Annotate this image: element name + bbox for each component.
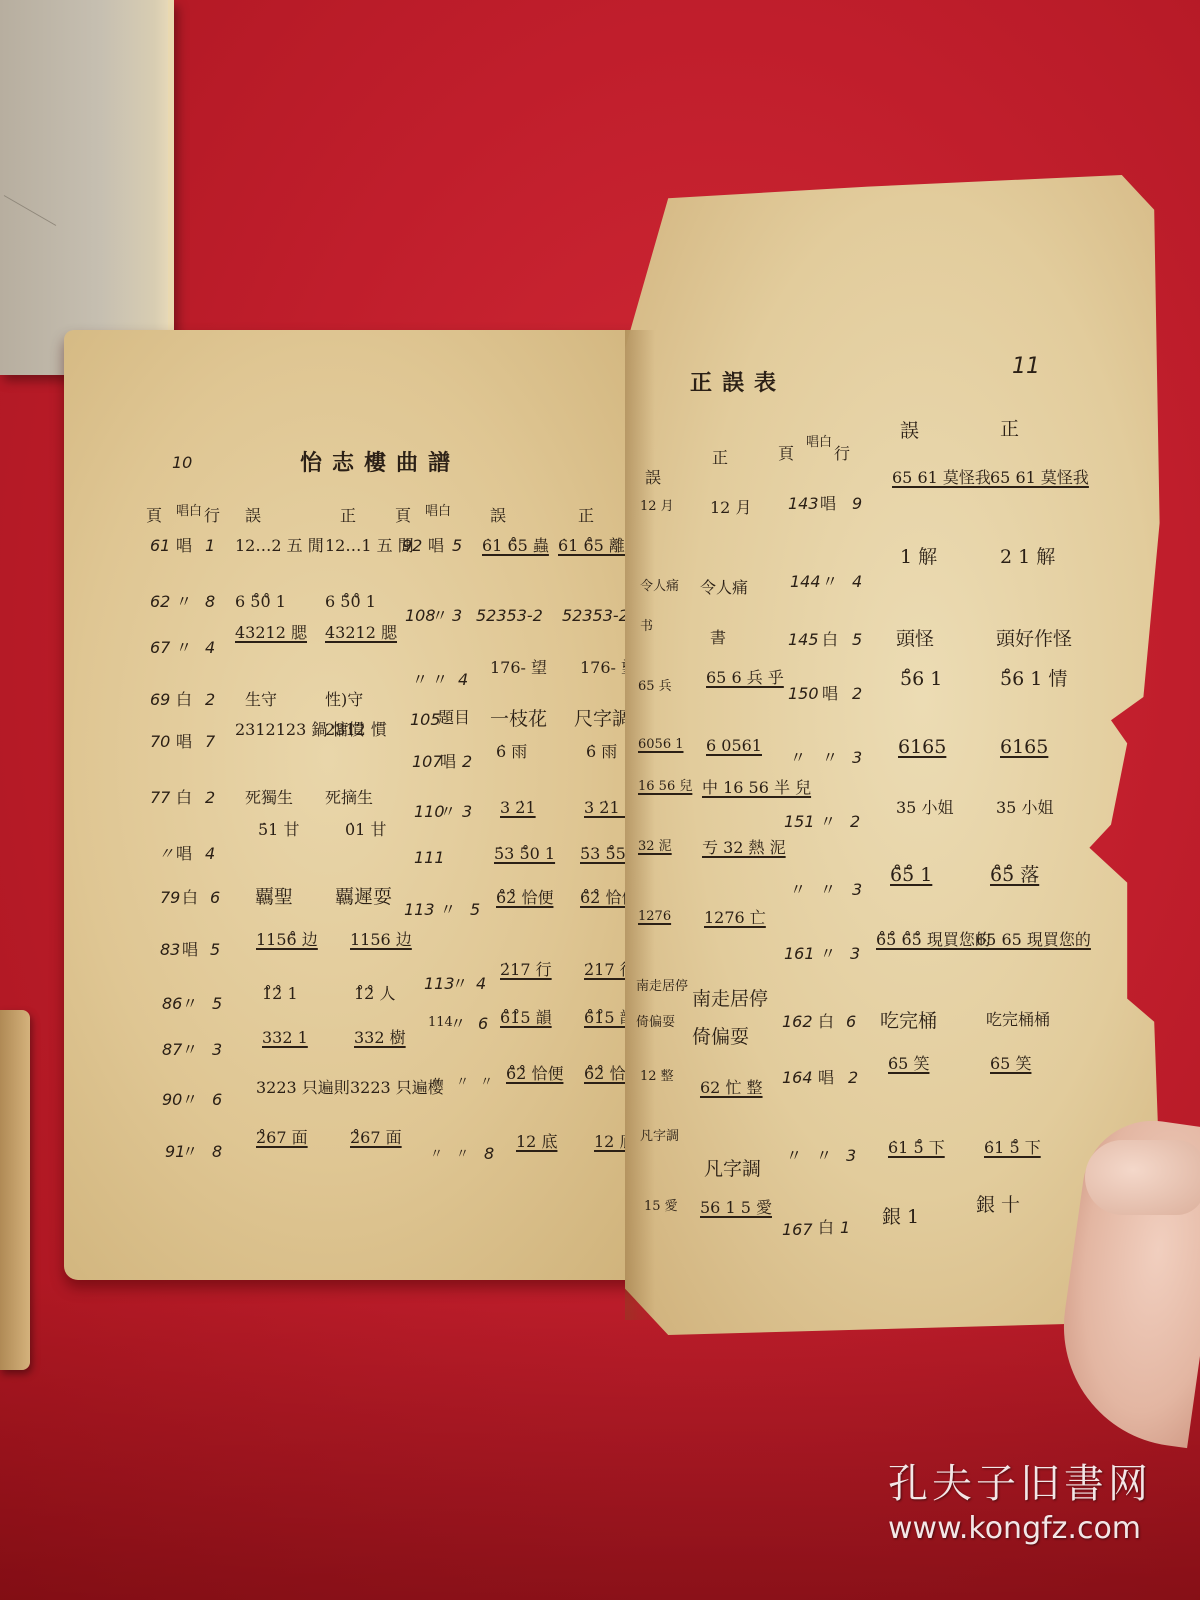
row-type: 唱 [820,496,836,512]
row-page: 〃 [786,1148,802,1164]
row-type: 〃 [182,996,198,1012]
row-right: 12…1 五 閒 [325,538,414,554]
row-page: 87 [162,1042,182,1058]
row-line: 3 [462,804,472,820]
row-page: 145 [788,632,819,648]
row-page: 107 [412,754,443,770]
row-wrong: 6̇1 5̊ 下 [888,1140,945,1156]
row-type: 〃 [456,1076,469,1089]
row-type: 白 [822,632,838,648]
errata-title: 正誤表 [690,372,786,394]
header-line-r: 行 [834,446,850,462]
inner-wrong: 15 愛 [644,1200,678,1213]
inner-wrong: 12 整 [640,1070,674,1083]
row-line: 3 [212,1042,222,1058]
inner-right: 亐 32 熱 泥 [702,840,786,856]
row-type: 白 [818,1220,834,1236]
row-line: 8 [212,1144,222,1160]
row-wrong: 吃完桶 [880,1012,937,1031]
row-type: 〃 [452,976,468,992]
row-page: 92 [402,538,422,554]
row-type: 〃 [182,1092,198,1108]
header-type-b: 唱白 [425,505,451,518]
row-page: 〃 [430,1076,443,1089]
row-wrong: 生守 [245,692,277,708]
row-wrong: 6165 [898,738,946,757]
row-page: 70 [150,734,170,750]
row-right: 性)守 [325,692,363,708]
row-right: 6̇5 笑 [990,1056,1031,1072]
row-page: 77 [150,790,170,806]
header-right-r: 正 [1000,420,1019,439]
row-right: 0̇1 甘 [345,822,386,838]
row-wrong: 5̇3 5̊0 1 [494,846,555,862]
row-wrong: 3 2̇1 [500,800,536,816]
row-right: 尺字調 [574,710,631,729]
row-wrong: 5̇1 甘 [258,822,299,838]
cloth-shadow [0,1280,1200,1600]
row-page: 161 [784,946,815,962]
row-wrong: 3223 只遍則 [256,1080,350,1096]
row-line: 2 [205,790,215,806]
row-line: 6 [210,890,220,906]
row-right: 5̊6 1 情 [1000,670,1067,689]
row-type: 〃 [820,946,836,962]
row-line: 4 [852,574,862,590]
row-right: 35 小姐 [996,800,1053,816]
previous-book-cover [0,0,174,375]
row-type: 唱 [176,734,192,750]
row-page: 〃 [412,672,428,688]
row-page: 86 [162,996,182,1012]
row-type: 白 [176,692,192,708]
thumb [1085,1140,1200,1215]
row-wrong: 12 底 [516,1134,557,1150]
row-type: 唱 [428,538,444,554]
row-wrong: 頭怪 [896,630,934,649]
row-wrong: 6̊1̊5 韻 [500,1010,552,1026]
row-type: 題目 [438,710,470,726]
row-type: 〃 [432,672,448,688]
row-type: 唱 [822,686,838,702]
row-line: 3 [850,946,860,962]
watermark-brand: 孔夫子旧書网 [888,1452,1152,1509]
row-line: 1 [840,1220,850,1236]
inner-wrong: 书 [640,620,653,633]
watermark-url: www.kongfz.com [888,1511,1152,1546]
row-line: 〃 [480,1076,493,1089]
row-wrong: 1 解 [900,548,937,567]
inner-header-wrong: 誤 [645,470,661,486]
row-wrong: 6̊5̊ 1 [890,866,932,885]
left-running-title: 怡志樓曲譜 [300,452,460,474]
inner-right: 倚偏耍 [692,1028,749,1047]
row-wrong: 5̊6 1 [900,670,942,689]
row-type: 唱 [176,538,192,554]
row-page: 〃 [790,750,806,766]
row-type: 〃 [432,608,448,624]
cover-crack [4,195,56,226]
row-line: 6 [478,1016,488,1032]
row-type: 唱 [440,754,456,770]
row-type: 〃 [440,902,456,918]
row-line: 6 [212,1092,222,1108]
row-line: 5 [212,996,222,1012]
inner-right: 6 0561 [706,738,762,754]
book-spine-left [0,1010,30,1370]
row-right: 吃完桶桶 [986,1012,1050,1028]
row-type: 〃 [820,882,836,898]
row-page: 79 [160,890,180,906]
inner-wrong: 12 月 [640,500,674,513]
row-type: 白 [818,1014,834,1030]
inner-wrong: 南走居停 [636,980,688,993]
row-right: 6̇1 5̊ 下 [984,1140,1041,1156]
right-page-number: 11 [1012,356,1040,378]
row-wrong: 1156̊ 边 [256,932,318,948]
row-wrong: 死獨生 [245,790,293,806]
row-page: 108 [405,608,436,624]
row-line: 5 [852,632,862,648]
row-line: 4 [458,672,468,688]
row-line: 4 [205,640,215,656]
left-page-number: 10 [172,455,192,471]
inner-wrong: 令人痛 [640,580,679,593]
row-page: 151 [784,814,815,830]
row-line: 3 [852,750,862,766]
inner-right: 65 6 兵 乎 [706,670,784,686]
watermark: 孔夫子旧書网 www.kongfz.com [888,1452,1152,1546]
row-type: 〃 [820,814,836,830]
row-page: 167 [782,1222,813,1238]
row-right: 332 樹 [354,1030,406,1046]
row-right: 2 1 解 [1000,548,1055,567]
row-right: 6165 [1000,738,1048,757]
inner-wrong: 倚偏耍 [636,1016,675,1029]
row-wrong: 332 1 [262,1030,308,1046]
row-type: 唱 [818,1070,834,1086]
inner-right: 中 16 56 半 兒 [702,780,811,796]
inner-right: 南走居停 [692,990,768,1009]
inner-right: 12 月 [710,500,751,516]
header-page-r: 頁 [778,446,794,462]
row-right: 銀 十 [976,1196,1020,1215]
header-page: 頁 [146,508,162,524]
row-type: 白 [176,790,192,806]
row-type: 〃 [450,1016,466,1032]
header-line: 行 [204,508,220,524]
row-wrong: 6 5̊0̊ 1 [235,594,286,610]
row-wrong: 2̇17 行 [500,962,552,978]
row-right: 65 61 莫怪我 [990,470,1089,486]
row-page: 69 [150,692,170,708]
header-right: 正 [340,508,356,524]
row-right: 死摘生 [325,790,373,806]
row-right: 頭好作怪 [996,630,1072,649]
row-page: 61 [150,538,170,554]
row-type: 〃 [822,574,838,590]
row-page: 143 [788,496,819,512]
inner-right: 凡字調 [704,1160,761,1179]
row-wrong: 6̇ 雨 [496,744,527,760]
row-right: 6̇ 雨 [586,744,617,760]
row-type: 唱 [176,846,192,862]
row-line: 9 [852,496,862,512]
inner-wrong: 1276 [638,910,671,923]
row-type: 〃 [456,1148,469,1161]
inner-wrong: 16 56 兒 [638,780,692,793]
row-wrong: 一枝花 [490,710,547,729]
header-wrong-r: 誤 [900,422,919,441]
row-wrong: 2̊67 面 [256,1130,308,1146]
row-page: 〃 [430,1148,443,1161]
row-line: 4 [205,846,215,862]
row-line: 3 [852,882,862,898]
inner-right: 1276 亡 [704,910,766,926]
row-line: 8 [484,1146,494,1162]
row-type: 〃 [182,1042,198,1058]
row-type: 〃 [816,1148,832,1164]
inner-right: 令人痛 [700,580,748,596]
row-line: 2 [850,814,860,830]
row-right: 1156 边 [350,932,412,948]
row-wrong: 銀 1 [882,1208,919,1227]
row-page: 83 [160,942,180,958]
row-line: 2 [848,1070,858,1086]
row-page: 67 [150,640,170,656]
row-wrong: 12…2 五 閒 [235,538,324,554]
row-type: 〃 [822,750,838,766]
row-wrong: 176- 望 [490,660,547,676]
row-line: 5 [452,538,462,554]
row-line: 6 [846,1014,856,1030]
row-line: 2 [852,686,862,702]
row-type: 〃 [182,1144,198,1160]
header-type-r: 唱白 [806,436,832,449]
row-type: 唱 [182,942,198,958]
header-page-b: 頁 [395,508,411,524]
row-line: 5 [470,902,480,918]
row-page: 113 [424,976,455,992]
row-right: 1̊2̊ 人 [354,986,395,1002]
row-wrong: 6̇5 笑 [888,1056,929,1072]
inner-header-right: 正 [712,450,728,466]
inner-right: 56 1 5 愛 [700,1200,772,1216]
row-type: 〃 [176,640,192,656]
row-right: 6̊5̊ 落 [990,866,1039,885]
row-right: 2̊67 面 [350,1130,402,1146]
row-type: 〃 [176,594,192,610]
row-wrong: 6̇1 6̊5 蟲 [482,538,549,554]
row-wrong: 65 61 莫怪我 [892,470,991,486]
row-line: 3 [452,608,462,624]
row-page: 〃 [158,846,174,862]
row-page: 62 [150,594,170,610]
row-wrong: 43212 腮 [235,625,307,641]
row-line: 4 [476,976,486,992]
row-wrong: 覊聖 [255,888,293,907]
row-line: 5 [210,942,220,958]
row-wrong: 6̊5̊ 6̊5̊ 現買您的 [876,932,991,948]
inner-wrong: 32 泥 [638,840,672,853]
row-wrong: 52353-2 [476,608,543,624]
row-line: 2 [462,754,472,770]
inner-right: 書 [710,630,726,646]
header-right-b: 正 [578,508,594,524]
row-line: 2 [205,692,215,708]
row-wrong: 35 小姐 [896,800,953,816]
header-wrong-b: 誤 [490,508,506,524]
row-line: 1 [205,538,215,554]
inner-wrong: 凡字調 [640,1130,679,1143]
row-page: 111 [414,850,445,866]
row-right: 覊遲耍 [335,888,392,907]
header-wrong: 誤 [245,508,261,524]
row-page: 113 [404,902,435,918]
row-page: 〃 [790,882,806,898]
row-wrong: 1̊2̊ 1 [262,986,298,1002]
row-page: 144 [790,574,821,590]
row-line: 3 [846,1148,856,1164]
row-right: 6 5̊0̊ 1 [325,594,376,610]
row-wrong: 6̊2̊ 恰便 [496,890,553,906]
row-type: 白 [182,890,198,906]
row-type: 〃 [440,804,456,820]
row-line: 8 [205,594,215,610]
row-page: 150 [788,686,819,702]
header-type: 唱白 [176,505,202,518]
inner-right: 62 忙 整 [700,1080,763,1096]
row-wrong: 6̊2̊ 恰便 [506,1066,563,1082]
row-page: 105 [410,712,441,728]
row-right: 65 65 現買您的 [976,932,1091,948]
row-right: 2312 慣 [325,722,387,738]
inner-wrong: 6056 1 [638,738,684,751]
row-page: 162 [782,1014,813,1030]
row-line: 7 [205,734,215,750]
inner-wrong: 65 兵 [638,680,672,693]
row-right: 43212 腮 [325,625,397,641]
row-page: 164 [782,1070,813,1086]
row-page: 90 [162,1092,182,1108]
